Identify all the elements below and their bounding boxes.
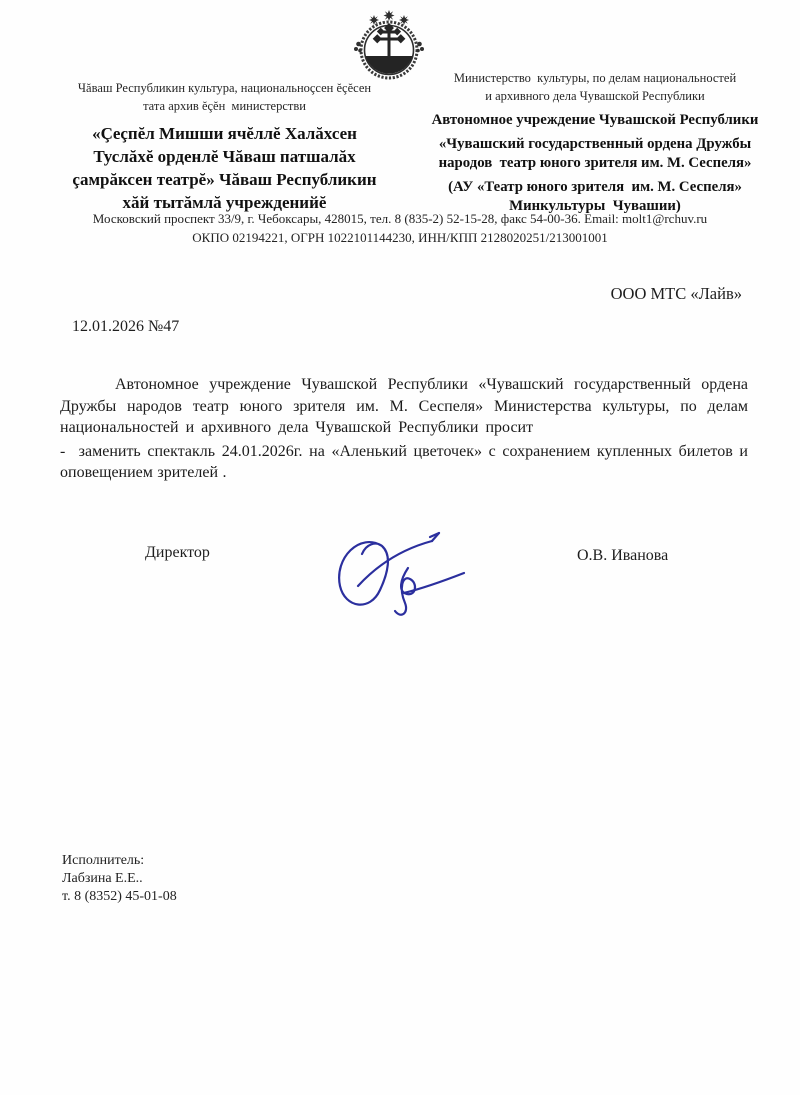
body-paragraph-request: Автономное учреждение Чувашской Республи… — [60, 374, 748, 439]
org-requisites: Московский проспект 33/9, г. Чебоксары, … — [0, 210, 800, 247]
body-paragraph-replacement: - заменить спектакль 24.01.2026г. на «Ал… — [60, 441, 748, 484]
right-org-name-line2: «Чувашский государственный ордена Дружбы — [406, 135, 784, 154]
org-registration-numbers: ОКПО 02194221, ОГРН 1022101144230, ИНН/К… — [0, 229, 800, 248]
left-org-name-line3: çамрăксен театрĕ» Чăваш Республикин — [52, 168, 397, 191]
letterhead-left-column: Чăваш Республикин культура, национальноç… — [52, 80, 397, 214]
org-address-contacts: Московский проспект 33/9, г. Чебоксары, … — [0, 210, 800, 229]
letter-body: Автономное учреждение Чувашской Республи… — [60, 374, 748, 484]
left-org-name-line1: «Çеçпĕл Мишши ячĕллĕ Халăхсен — [52, 122, 397, 145]
left-org-name-line2: Туслăхĕ орденлĕ Чăваш патшалăх — [52, 145, 397, 168]
executor-phone: т. 8 (8352) 45-01-08 — [62, 888, 177, 906]
right-ministry-line2: и архивного дела Чувашской Республики — [406, 88, 784, 106]
signer-name: О.В. Иванова — [577, 547, 668, 565]
executor-label: Исполнитель: — [62, 852, 177, 870]
executor-name: Лабзина Е.Е.. — [62, 870, 177, 888]
executor-block: Исполнитель: Лабзина Е.Е.. т. 8 (8352) 4… — [62, 852, 177, 906]
right-org-name-line3: народов театр юного зрителя им. М. Сеспе… — [406, 154, 784, 173]
right-org-name-line4: (АУ «Театр юного зрителя им. М. Сеспеля» — [406, 178, 784, 197]
left-ministry-line1: Чăваш Республикин культура, национальноç… — [52, 80, 397, 98]
right-org-name-line1: Автономное учреждение Чувашской Республи… — [406, 111, 784, 130]
right-ministry-line1: Министерство культуры, по делам национал… — [406, 70, 784, 88]
scanned-letter-page: Чăваш Республикин культура, национальноç… — [0, 0, 800, 1095]
letterhead-right-column: Министерство культуры, по делам национал… — [406, 70, 784, 216]
signer-title: Директор — [145, 544, 210, 562]
emblem-stars — [369, 10, 409, 25]
letter-date-number: 12.01.2026 №47 — [72, 318, 179, 336]
left-ministry-line2: тата архив ĕçĕн министерстви — [52, 98, 397, 116]
recipient-name: ООО МТС «Лайв» — [0, 284, 742, 304]
handwritten-signature — [318, 526, 470, 624]
chuvash-coat-of-arms-icon — [345, 6, 433, 80]
